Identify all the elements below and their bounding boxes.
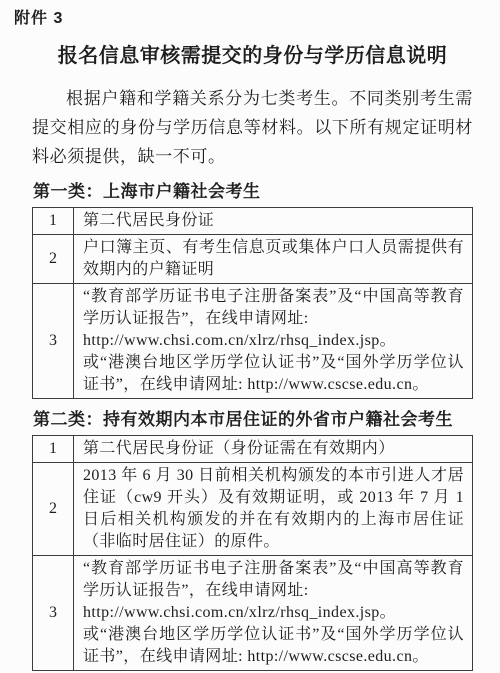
row-content-cell: 户口簿主页、有考生信息页或集体户口人员需提供有效期内的户籍证明 [74, 235, 473, 284]
row-number-cell: 3 [33, 556, 74, 671]
row-content-cell: “教育部学历证书电子注册备案表”及“中国高等教育学历认证报告”，在线申请网址: … [74, 284, 473, 399]
row-content-cell: 第二代居民身份证 [74, 208, 473, 235]
category-2-table: 1 第二代居民身份证（身份证需在有效期内） 2 2013 年 6 月 30 日前… [32, 435, 473, 671]
row-number-cell: 1 [33, 436, 74, 463]
category-2-heading: 第二类：持有效期内本市居住证的外省市户籍社会考生 [33, 409, 473, 431]
row-content-cell: 第二代居民身份证（身份证需在有效期内） [74, 436, 473, 463]
row-number-cell: 1 [33, 208, 74, 235]
category-1-heading: 第一类：上海市户籍社会考生 [33, 181, 473, 203]
category-1-table: 1 第二代居民身份证 2 户口簿主页、有考生信息页或集体户口人员需提供有效期内的… [32, 207, 473, 399]
document-title: 报名信息审核需提交的身份与学历信息说明 [32, 43, 473, 69]
table-row: 1 第二代居民身份证 [33, 208, 473, 235]
table-row: 3 “教育部学历证书电子注册备案表”及“中国高等教育学历认证报告”，在线申请网址… [33, 556, 473, 671]
table-row: 2 户口簿主页、有考生信息页或集体户口人员需提供有效期内的户籍证明 [33, 235, 473, 284]
intro-paragraph: 根据户籍和学籍关系分为七类考生。不同类别考生需提交相应的身份与学历信息等材料。以… [32, 84, 473, 171]
table-row: 1 第二代居民身份证（身份证需在有效期内） [33, 436, 473, 463]
row-number-cell: 3 [33, 284, 74, 399]
row-content-cell: 2013 年 6 月 30 日前相关机构颁发的本市引进人才居住证（cw9 开头）… [74, 463, 473, 556]
attachment-label: 附件 3 [14, 8, 473, 30]
row-number-cell: 2 [33, 235, 74, 284]
row-number-cell: 2 [33, 463, 74, 556]
row-content-cell: “教育部学历证书电子注册备案表”及“中国高等教育学历认证报告”，在线申请网址: … [74, 556, 473, 671]
table-row: 3 “教育部学历证书电子注册备案表”及“中国高等教育学历认证报告”，在线申请网址… [33, 284, 473, 399]
document-page: 附件 3 报名信息审核需提交的身份与学历信息说明 根据户籍和学籍关系分为七类考生… [0, 0, 500, 673]
table-row: 2 2013 年 6 月 30 日前相关机构颁发的本市引进人才居住证（cw9 开… [33, 463, 473, 556]
